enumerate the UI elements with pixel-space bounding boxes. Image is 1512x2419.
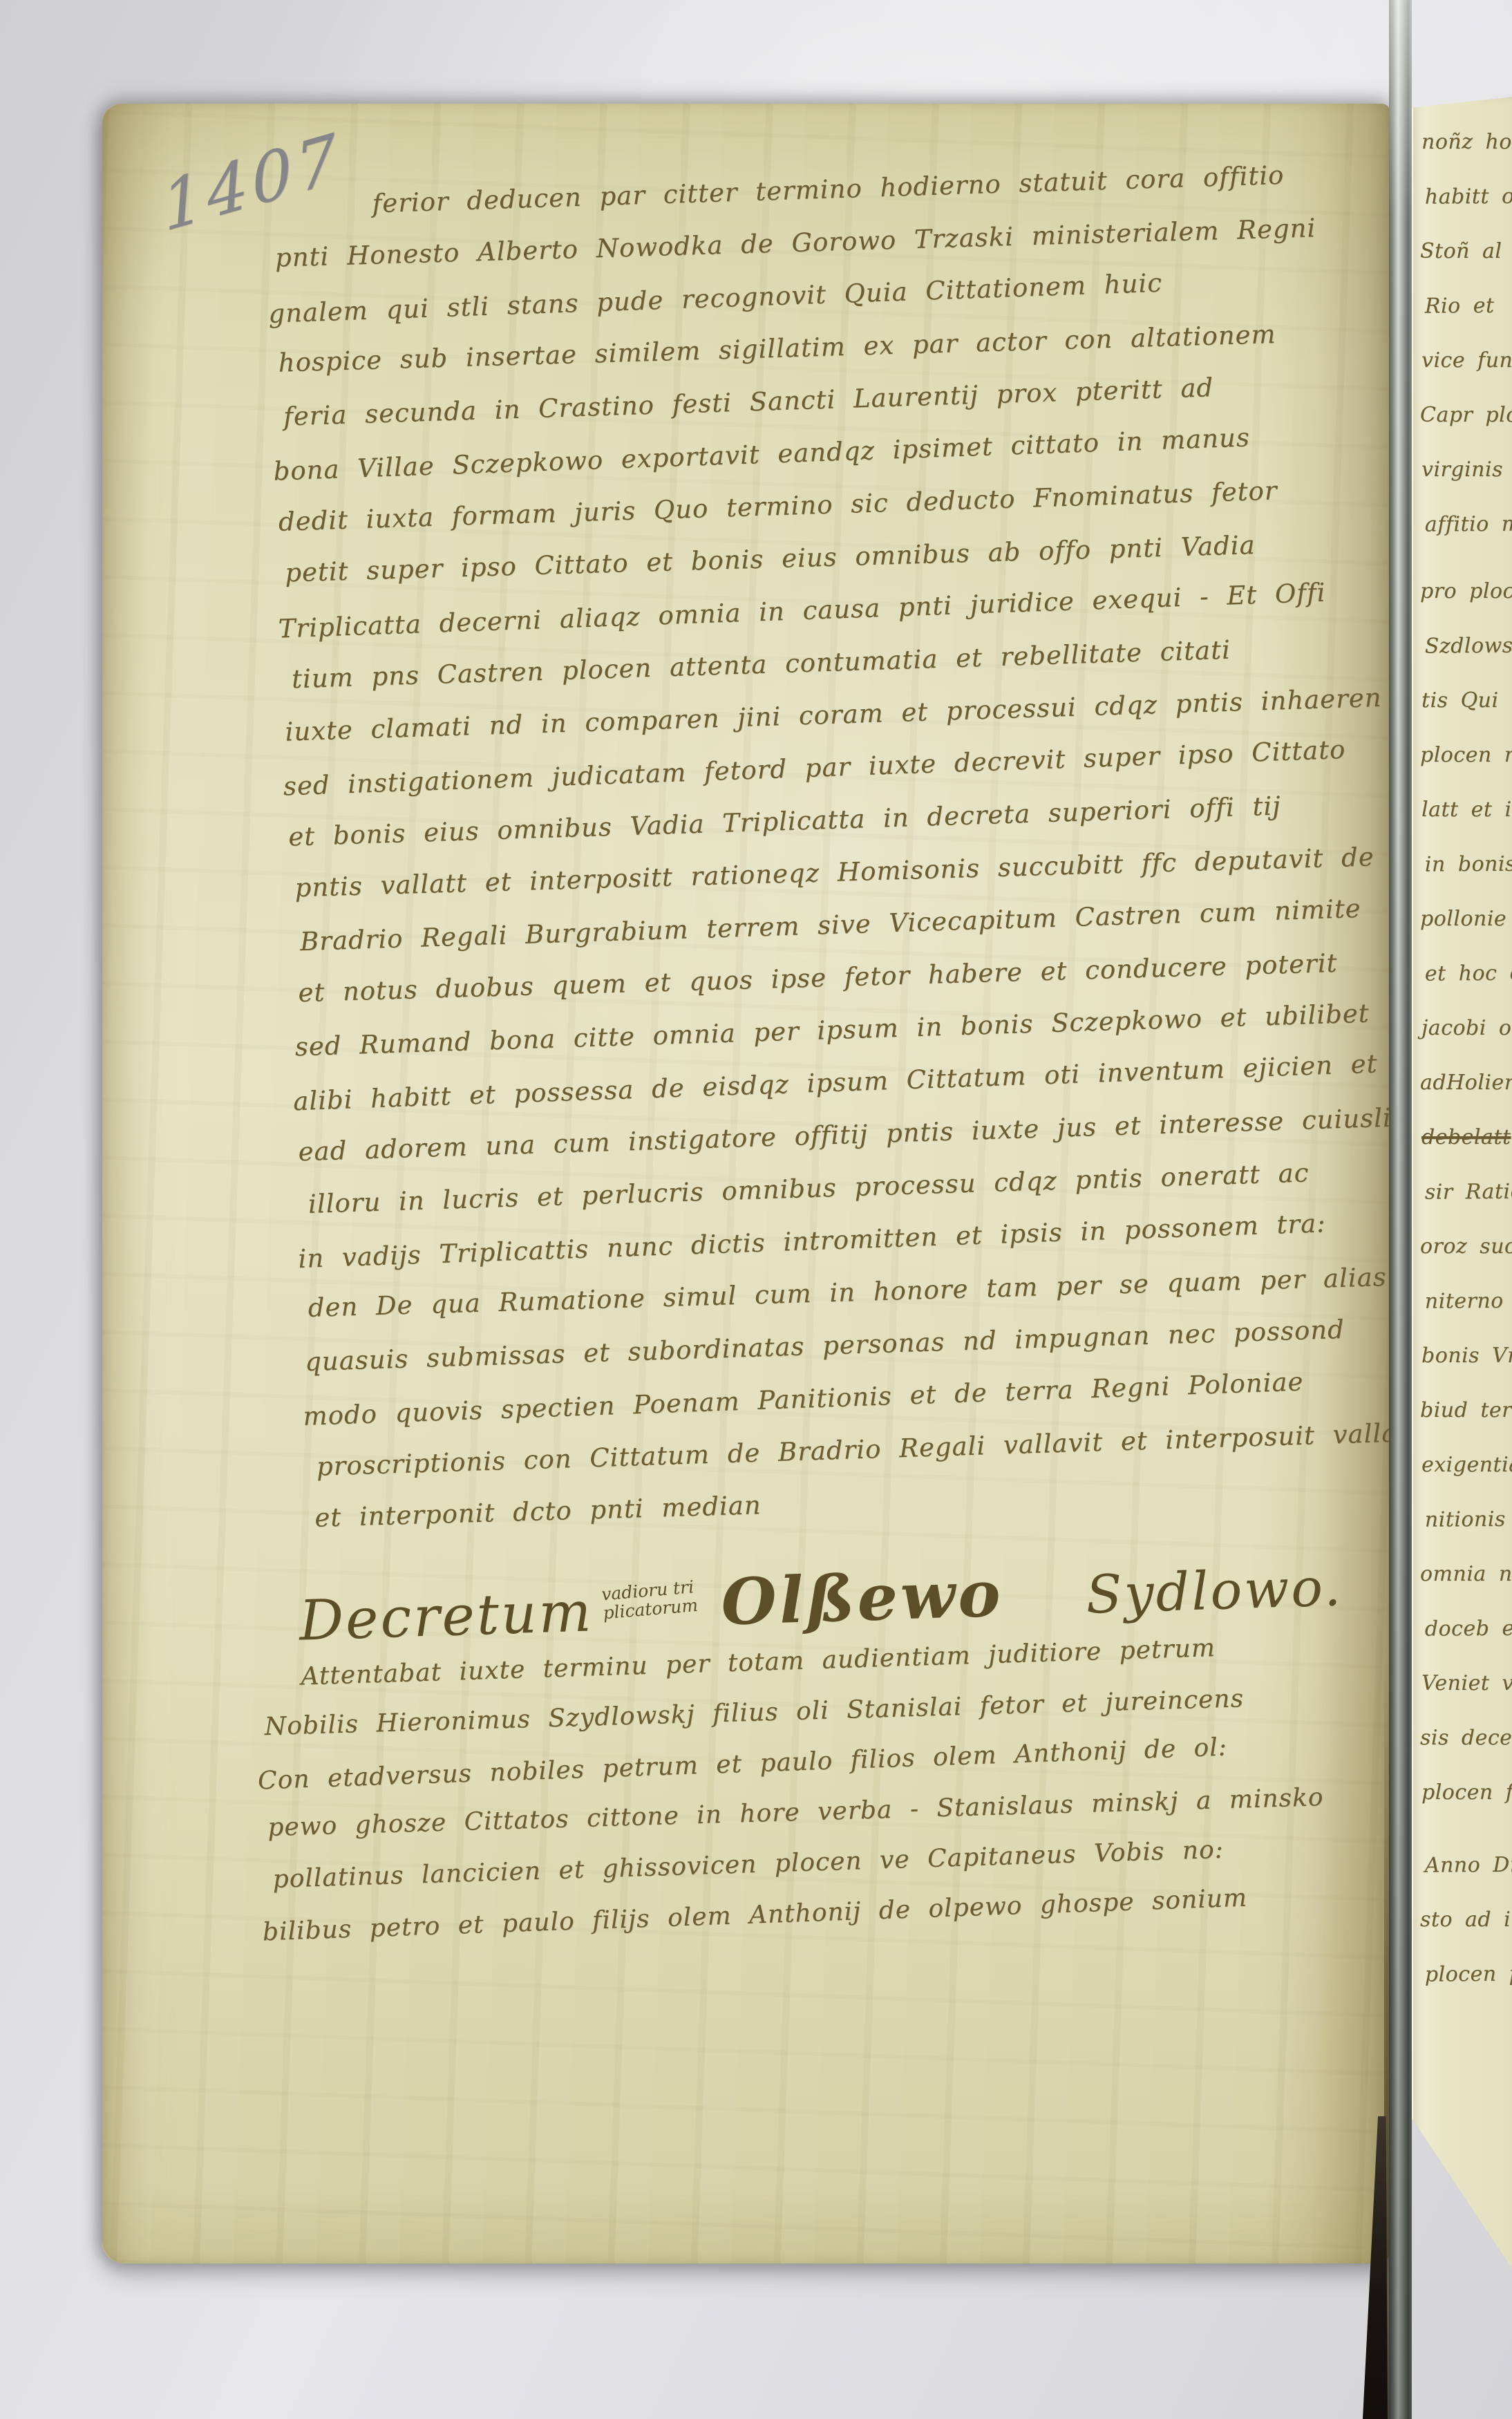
manuscript-fragment-line: bonis Vrii	[1421, 1344, 1512, 1398]
manuscript-fragment-line: nitionis V	[1425, 1507, 1512, 1562]
manuscript-text-block: ferior deducen par citter termino hodier…	[268, 158, 1401, 1965]
manuscript-fragment-line: affitio m	[1425, 511, 1512, 567]
manuscript-fragment-line: Veniet vo	[1421, 1671, 1512, 1726]
manuscript-fragment-line: biud terre	[1420, 1398, 1512, 1453]
manuscript-fragment-line: oroz succ	[1420, 1234, 1512, 1289]
manuscript-fragment-line: Rio et	[1425, 293, 1512, 348]
manuscript-fragment-line: Szdlowskj	[1425, 633, 1512, 688]
manuscript-fragment-line: adHolieni	[1420, 1071, 1512, 1125]
manuscript-fragment-line: jacobi ol	[1421, 1016, 1512, 1071]
manuscript-fragment-line: plocen mo	[1420, 743, 1512, 798]
manuscript-fragment-line: et hoc od	[1425, 961, 1512, 1016]
manuscript-fragment-line: pollonie f	[1420, 907, 1512, 961]
right-page-text-fragments: noñz hohabitt oStoñ alRio etvice funCapr…	[1421, 130, 1512, 2017]
manuscript-fragment-line: exigentiam	[1421, 1453, 1512, 1507]
manuscript-fragment-line: plocen pn	[1425, 1961, 1512, 2017]
manuscript-fragment-line: Capr ploc	[1420, 403, 1512, 458]
entry-paragraph: Attentabat iuxte terminu per totam audie…	[258, 1628, 1401, 1966]
body-paragraph: ferior deducen par citter termino hodier…	[268, 158, 1388, 1557]
manuscript-fragment-line: debelatt	[1421, 1125, 1512, 1180]
manuscript-fragment-line: tis Qui	[1421, 688, 1512, 743]
manuscript-fragment-line: sto ad iudi	[1420, 1908, 1512, 1962]
manuscript-fragment-line: sis decern	[1420, 1726, 1512, 1780]
manuscript-fragment-line: niterno d	[1425, 1288, 1512, 1344]
heading-decretum: Decretum	[298, 1579, 594, 1653]
heading-superscript: vadioru tri plicatorum	[601, 1577, 699, 1622]
manuscript-fragment-line: Stoñ al	[1420, 239, 1512, 294]
manuscript-fragment-line: plocen fo	[1421, 1780, 1512, 1835]
manuscript-fragment-line: pro plocen	[1420, 579, 1512, 634]
manuscript-left-page: 1407 ferior deducen par citter termino h…	[102, 104, 1391, 2263]
manuscript-right-page: noñz hohabitt oStoñ alRio etvice funCapr…	[1412, 97, 1512, 2270]
photo-stage: 1407 ferior deducen par citter termino h…	[0, 0, 1512, 2419]
paper-fore-edge-shading	[102, 104, 151, 2263]
heading-place-szydlowo: Sydlowo.	[1085, 1556, 1343, 1626]
manuscript-fragment-line: latt et in	[1421, 798, 1512, 852]
manuscript-fragment-line: habitt o	[1425, 184, 1512, 239]
manuscript-fragment-line: sir Ration	[1425, 1179, 1512, 1234]
metal-clamp-bar	[1389, 0, 1412, 2419]
manuscript-fragment-line: virginis	[1421, 458, 1512, 512]
manuscript-fragment-line: omnia ni	[1420, 1562, 1512, 1617]
heading-place-olszewo: Olßewo	[720, 1556, 1004, 1640]
manuscript-fragment-line: in bonis o	[1425, 851, 1512, 907]
manuscript-fragment-line: Anno Dñi	[1425, 1852, 1512, 1908]
manuscript-fragment-line: vice fun	[1421, 348, 1512, 403]
manuscript-fragment-line: noñz ho	[1421, 130, 1512, 185]
manuscript-fragment-line: doceb e	[1425, 1616, 1512, 1671]
